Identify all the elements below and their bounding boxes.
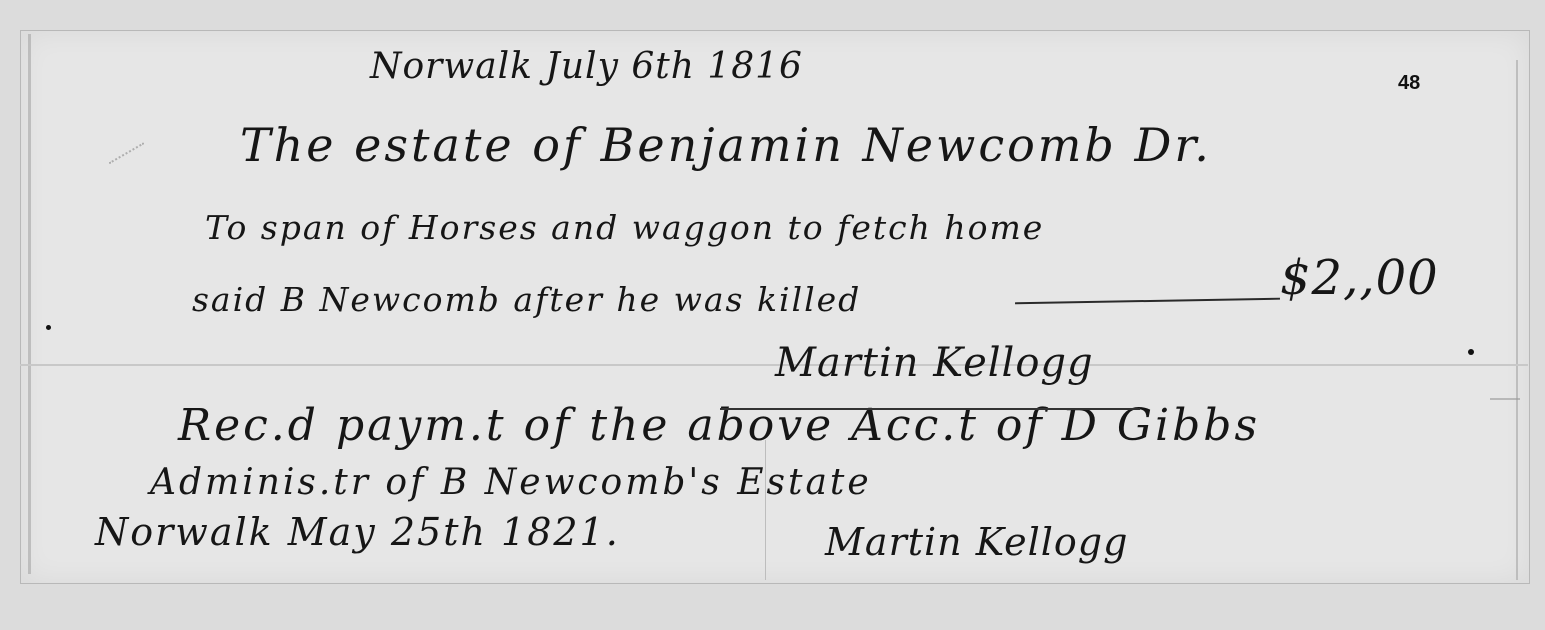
ink-dot-right <box>1468 349 1474 355</box>
ink-dot-left <box>46 325 51 330</box>
item-line-1: To span of Horses and waggon to fetch ho… <box>205 208 1044 247</box>
receipt-underline <box>720 408 1140 410</box>
signature-2: Martin Kellogg <box>825 520 1128 564</box>
vertical-crease <box>765 440 766 580</box>
amount: $2,,00 <box>1280 250 1439 306</box>
item-line-2: said B Newcomb after he was killed <box>192 280 861 319</box>
fold-line <box>20 364 1528 366</box>
paper-left-edge <box>28 34 31 574</box>
title-line: The estate of Benjamin Newcomb Dr. <box>240 118 1212 172</box>
receipt-date: Norwalk May 25th 1821. <box>95 510 620 554</box>
paper-right-edge <box>1516 60 1518 580</box>
header-date: Norwalk July 6th 1816 <box>370 46 803 87</box>
fold-corner <box>1490 398 1520 400</box>
signature-1: Martin Kellogg <box>775 340 1094 386</box>
receipt-line-2: Adminis.tr of B Newcomb's Estate <box>150 462 872 503</box>
page-number: 48 <box>1398 72 1420 95</box>
